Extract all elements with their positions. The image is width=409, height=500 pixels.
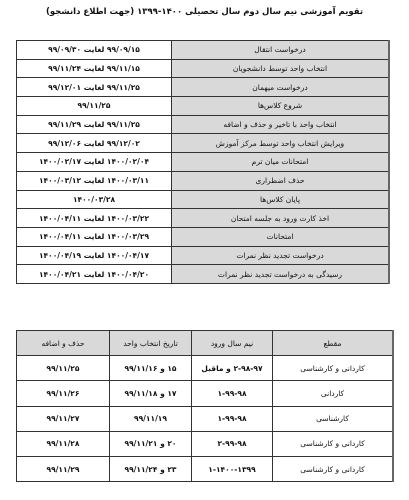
event-cell: انتخاب واحد با تاخیر و حذف و اضافه bbox=[172, 115, 390, 134]
table-header-row: مقطع نیم سال ورود تاریخ انتخاب واحد حذف … bbox=[17, 331, 394, 356]
registration-date-cell: ۹۹/۱۱/۱۹ bbox=[110, 406, 192, 431]
date-cell: ۱۴۰۰/۰۳/۲۹ لغایت ۱۴۰۰/۰۴/۱۱ bbox=[17, 227, 172, 246]
add-drop-cell: ۹۹/۱۱/۲۶ bbox=[17, 381, 110, 406]
table-row: درخواست انتقال۹۹/۰۹/۱۵ لغایت ۹۹/۰۹/۳۰ bbox=[17, 41, 390, 60]
table-row: امتحانات میان ترم۱۴۰۰/۰۲/۰۴ لغایت ۱۴۰۰/۰… bbox=[17, 153, 390, 172]
date-cell: ۹۹/۱۱/۲۵ bbox=[17, 97, 172, 116]
header-level: مقطع bbox=[273, 331, 394, 356]
date-cell: ۱۴۰۰/۰۴/۱۷ لغایت ۱۴۰۰/۰۴/۱۹ bbox=[17, 246, 172, 265]
table-row: شروع کلاس‌ها۹۹/۱۱/۲۵ bbox=[17, 97, 390, 116]
header-add-drop: حذف و اضافه bbox=[17, 331, 110, 356]
date-cell: ۱۴۰۰/۰۳/۲۸ bbox=[17, 190, 172, 209]
table-row: حذف اضطراری۱۴۰۰/۰۳/۱۱ لغایت ۱۴۰۰/۰۳/۱۲ bbox=[17, 171, 390, 190]
level-cell: کاردانی و کارشناسی bbox=[273, 456, 394, 481]
registration-date-cell: ۲۳ و ۹۹/۱۱/۲۴ bbox=[110, 456, 192, 481]
date-cell: ۹۹/۱۱/۲۵ لغایت ۹۹/۱۲/۰۱ bbox=[17, 78, 172, 97]
table-row: کاردانی ۱-۹۹-۹۸ ۱۷ و ۹۹/۱۱/۱۸ ۹۹/۱۱/۲۶ bbox=[17, 381, 394, 406]
event-cell: درخواست میهمان bbox=[172, 78, 390, 97]
level-cell: کاردانی bbox=[273, 381, 394, 406]
date-cell: ۱۴۰۰/۰۳/۱۱ لغایت ۱۴۰۰/۰۳/۱۲ bbox=[17, 171, 172, 190]
event-cell: درخواست تجدید نظر نمرات bbox=[172, 246, 390, 265]
date-cell: ۹۹/۱۲/۰۲ لغایت ۹۹/۱۲/۰۶ bbox=[17, 134, 172, 153]
page-title: تقویم آموزشی نیم سال دوم سال تحصیلی ۱۴۰۰… bbox=[0, 7, 409, 17]
event-cell: پایان کلاس‌ها bbox=[172, 190, 390, 209]
event-cell: حذف اضطراری bbox=[172, 171, 390, 190]
event-cell: اخذ کارت ورود به جلسه امتحان bbox=[172, 209, 390, 228]
level-cell: کارشناسی bbox=[273, 406, 394, 431]
add-drop-cell: ۹۹/۱۱/۲۷ bbox=[17, 406, 110, 431]
add-drop-cell: ۹۹/۱۱/۲۹ bbox=[17, 456, 110, 481]
entry-semester-cell: ۱-۹۹-۹۸ bbox=[192, 406, 273, 431]
entry-semester-cell: ۲-۹۸-۹۷ و ماقبل bbox=[192, 356, 273, 381]
event-cell: رسیدگی به درخواست تجدید نظر نمرات bbox=[172, 265, 390, 284]
table-row: اخذ کارت ورود به جلسه امتحان۱۴۰۰/۰۳/۲۲ ل… bbox=[17, 209, 390, 228]
date-cell: ۹۹/۰۹/۱۵ لغایت ۹۹/۰۹/۳۰ bbox=[17, 41, 172, 60]
date-cell: ۱۴۰۰/۰۴/۲۰ لغایت ۱۴۰۰/۰۴/۲۱ bbox=[17, 265, 172, 284]
event-cell: امتحانات میان ترم bbox=[172, 153, 390, 172]
table-row: کارشناسی ۱-۹۹-۹۸ ۹۹/۱۱/۱۹ ۹۹/۱۱/۲۷ bbox=[17, 406, 394, 431]
registration-schedule-table: مقطع نیم سال ورود تاریخ انتخاب واحد حذف … bbox=[16, 330, 394, 482]
add-drop-cell: ۹۹/۱۱/۲۸ bbox=[17, 431, 110, 456]
event-cell: ویرایش انتخاب واحد توسط مرکز آموزش bbox=[172, 134, 390, 153]
entry-semester-cell: ۲-۹۹-۹۸ bbox=[192, 431, 273, 456]
date-cell: ۹۹/۱۱/۲۵ لغایت ۹۹/۱۱/۲۹ bbox=[17, 115, 172, 134]
table-row: پایان کلاس‌ها۱۴۰۰/۰۳/۲۸ bbox=[17, 190, 390, 209]
table-row: کاردانی و کارشناسی ۲-۹۹-۹۸ ۲۰ و ۹۹/۱۱/۲۱… bbox=[17, 431, 394, 456]
header-registration-date: تاریخ انتخاب واحد bbox=[110, 331, 192, 356]
table-row: درخواست میهمان۹۹/۱۱/۲۵ لغایت ۹۹/۱۲/۰۱ bbox=[17, 78, 390, 97]
registration-date-cell: ۱۵ و ۹۹/۱۱/۱۶ bbox=[110, 356, 192, 381]
event-cell: درخواست انتقال bbox=[172, 41, 390, 60]
registration-date-cell: ۲۰ و ۹۹/۱۱/۲۱ bbox=[110, 431, 192, 456]
table-row: کاردانی و کارشناسی ۲-۹۸-۹۷ و ماقبل ۱۵ و … bbox=[17, 356, 394, 381]
registration-date-cell: ۱۷ و ۹۹/۱۱/۱۸ bbox=[110, 381, 192, 406]
date-cell: ۹۹/۱۱/۱۵ لغایت ۹۹/۱۱/۲۴ bbox=[17, 59, 172, 78]
event-cell: انتخاب واحد توسط دانشجویان bbox=[172, 59, 390, 78]
date-cell: ۱۴۰۰/۰۲/۰۴ لغایت ۱۴۰۰/۰۲/۱۷ bbox=[17, 153, 172, 172]
header-entry-semester: نیم سال ورود bbox=[192, 331, 273, 356]
table-row: امتحانات۱۴۰۰/۰۳/۲۹ لغایت ۱۴۰۰/۰۴/۱۱ bbox=[17, 227, 390, 246]
entry-semester-cell: ۱-۱۴۰۰-۱۳۹۹ bbox=[192, 456, 273, 481]
table-row: انتخاب واحد با تاخیر و حذف و اضافه۹۹/۱۱/… bbox=[17, 115, 390, 134]
event-cell: شروع کلاس‌ها bbox=[172, 97, 390, 116]
level-cell: کاردانی و کارشناسی bbox=[273, 431, 394, 456]
level-cell: کاردانی و کارشناسی bbox=[273, 356, 394, 381]
table-row: ویرایش انتخاب واحد توسط مرکز آموزش۹۹/۱۲/… bbox=[17, 134, 390, 153]
table-row: رسیدگی به درخواست تجدید نظر نمرات۱۴۰۰/۰۴… bbox=[17, 265, 390, 284]
table-row: کاردانی و کارشناسی ۱-۱۴۰۰-۱۳۹۹ ۲۳ و ۹۹/۱… bbox=[17, 456, 394, 481]
academic-calendar-table: درخواست انتقال۹۹/۰۹/۱۵ لغایت ۹۹/۰۹/۳۰ ان… bbox=[16, 40, 390, 284]
event-cell: امتحانات bbox=[172, 227, 390, 246]
add-drop-cell: ۹۹/۱۱/۲۵ bbox=[17, 356, 110, 381]
table-row: درخواست تجدید نظر نمرات۱۴۰۰/۰۴/۱۷ لغایت … bbox=[17, 246, 390, 265]
date-cell: ۱۴۰۰/۰۳/۲۲ لغایت ۱۴۰۰/۰۴/۱۱ bbox=[17, 209, 172, 228]
table-row: انتخاب واحد توسط دانشجویان۹۹/۱۱/۱۵ لغایت… bbox=[17, 59, 390, 78]
entry-semester-cell: ۱-۹۹-۹۸ bbox=[192, 381, 273, 406]
